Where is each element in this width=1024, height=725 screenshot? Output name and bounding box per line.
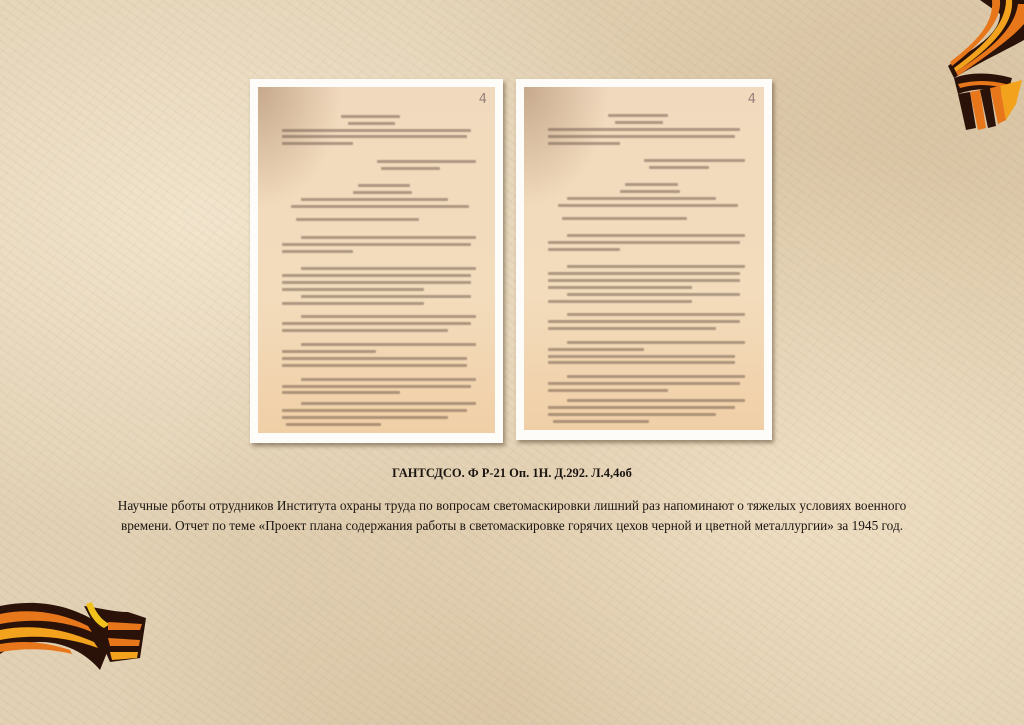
page-number-mark: 4	[479, 92, 487, 107]
document-photo-left: 4	[250, 79, 503, 443]
typewritten-line	[558, 204, 738, 207]
typewritten-line	[282, 364, 467, 367]
typewritten-line	[548, 361, 735, 364]
typewritten-line	[282, 322, 472, 325]
typewritten-line	[548, 406, 735, 409]
typewritten-line	[567, 399, 745, 402]
typewritten-line	[562, 217, 687, 220]
typewritten-line	[282, 135, 467, 138]
typewritten-line	[567, 293, 740, 296]
typewritten-line	[282, 142, 353, 145]
typewritten-line	[548, 389, 668, 392]
typewritten-line	[301, 343, 476, 346]
typewritten-line	[301, 315, 476, 318]
typewritten-line	[301, 236, 476, 239]
typewritten-line	[615, 121, 663, 124]
typewritten-line	[282, 416, 448, 419]
typewritten-line	[282, 391, 401, 394]
document-photo-right: 4	[516, 79, 772, 440]
typewritten-line	[567, 375, 745, 378]
typewritten-line	[567, 313, 745, 316]
typewritten-line	[644, 159, 745, 162]
typewritten-line	[282, 274, 472, 277]
typewritten-line	[567, 341, 745, 344]
typewritten-line	[282, 243, 472, 246]
page-number-mark: 4	[748, 92, 756, 107]
typewritten-line	[296, 218, 419, 221]
typewritten-line	[282, 288, 424, 291]
typewritten-line	[282, 281, 472, 284]
parchment-texture	[0, 0, 1024, 725]
typewritten-line	[567, 234, 745, 237]
typewritten-line	[548, 355, 735, 358]
typewritten-line	[548, 135, 735, 138]
typewritten-line	[358, 184, 410, 187]
typewritten-line	[301, 378, 476, 381]
typewritten-line	[301, 267, 476, 270]
description-text: Научные рботы отрудников Института охран…	[70, 496, 954, 536]
typewritten-line	[341, 115, 400, 118]
typewritten-line	[548, 413, 716, 416]
typewritten-line	[348, 122, 395, 125]
typewritten-line	[548, 241, 740, 244]
typewritten-line	[282, 129, 472, 132]
typewritten-line	[282, 329, 448, 332]
typewritten-line	[567, 265, 745, 268]
typewritten-line	[548, 279, 740, 282]
typewritten-line	[548, 348, 644, 351]
typewritten-line	[301, 295, 472, 298]
typewritten-line	[608, 114, 668, 117]
typewritten-line	[291, 205, 469, 208]
typewritten-line	[548, 327, 716, 330]
scanned-document-page: 4	[524, 87, 764, 430]
archive-reference: ГАНТСДСО. Ф Р-21 Оп. 1Н. Д.292. Л.4,4об	[0, 466, 1024, 481]
st-george-ribbon-icon	[940, 0, 1024, 135]
typewritten-line	[625, 183, 678, 186]
typewritten-line	[548, 286, 692, 289]
typewritten-line	[282, 385, 472, 388]
typewritten-line	[548, 300, 692, 303]
typewritten-line	[377, 160, 477, 163]
typewritten-line	[301, 198, 448, 201]
typewritten-line	[620, 190, 680, 193]
typewritten-line	[548, 142, 620, 145]
typewritten-line	[548, 320, 740, 323]
typewritten-line	[548, 382, 740, 385]
typewritten-line	[548, 128, 740, 131]
typewritten-line	[353, 191, 412, 194]
typewritten-line	[567, 197, 716, 200]
typewritten-line	[548, 248, 620, 251]
typewritten-line	[553, 420, 649, 423]
typewritten-line	[282, 350, 377, 353]
st-george-ribbon-icon	[0, 598, 150, 676]
typewritten-line	[282, 357, 467, 360]
typewritten-line	[649, 166, 709, 169]
scanned-document-page: 4	[258, 87, 495, 433]
typewritten-line	[282, 409, 467, 412]
typewritten-line	[381, 167, 440, 170]
typewritten-line	[282, 250, 353, 253]
typewritten-line	[548, 272, 740, 275]
description-line-1: Научные рботы отрудников Института охран…	[70, 496, 954, 516]
typewritten-line	[286, 423, 381, 426]
typewritten-line	[282, 302, 424, 305]
description-line-2: времени. Отчет по теме «Проект плана сод…	[70, 516, 954, 536]
typewritten-line	[301, 402, 476, 405]
